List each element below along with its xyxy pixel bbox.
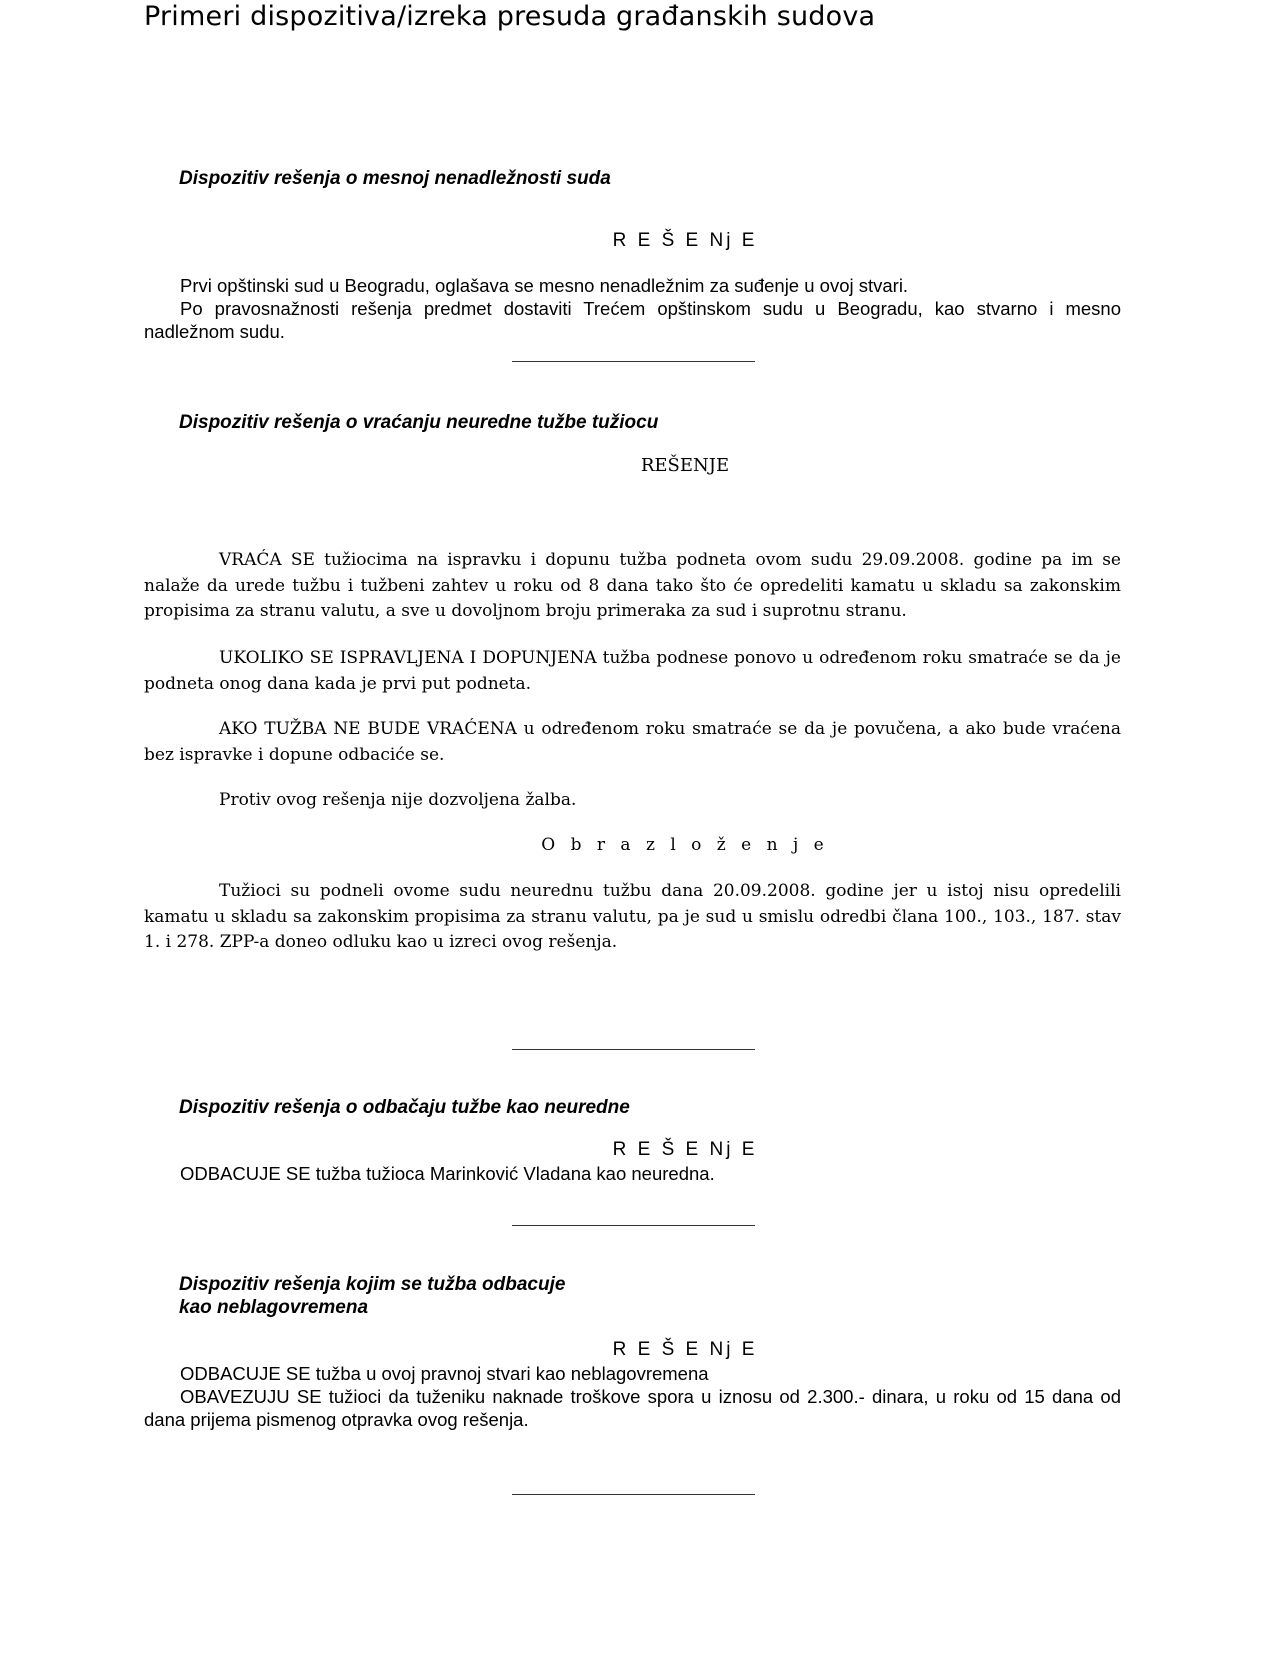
section-divider [512, 1494, 755, 1495]
paragraph: VRAĆA SE tužiocima na ispravku i dopunu … [144, 548, 1121, 625]
section-divider [512, 1225, 755, 1226]
section-body: AKO TUŽBA NE BUDE VRAĆENA u određenom ro… [144, 717, 1121, 768]
paragraph: Protiv ovog rešenja nije dozvoljena žalb… [144, 788, 1121, 814]
section-heading: Dispozitiv rešenja o odbačaju tužbe kao … [179, 1096, 630, 1119]
paragraph: OBAVEZUJU SE tužioci da tuženiku naknade… [144, 1385, 1121, 1431]
paragraph: ODBACUJE SE tužba tužioca Marinković Vla… [144, 1162, 1121, 1185]
section-divider [512, 361, 755, 362]
section-heading: Dispozitiv rešenja o mesnoj nenadležnost… [179, 167, 611, 190]
heading-line: Dispozitiv rešenja kojim se tužba odbacu… [179, 1273, 565, 1296]
decision-label: REŠENJE [0, 455, 1280, 477]
section-divider [512, 1049, 755, 1050]
section-body: Prvi opštinski sud u Beogradu, oglašava … [144, 274, 1121, 343]
heading-line: kao neblagovremena [179, 1296, 565, 1319]
reasoning-label: O b r a z l o ž e n j e [0, 834, 1280, 856]
section-heading: Dispozitiv rešenja kojim se tužba odbacu… [179, 1273, 565, 1319]
section-body: VRAĆA SE tužiocima na ispravku i dopunu … [144, 548, 1121, 625]
section-body: ODBACUJE SE tužba u ovoj pravnoj stvari … [144, 1362, 1121, 1431]
section-body: UKOLIKO SE ISPRAVLJENA I DOPUNJENA tužba… [144, 646, 1121, 697]
paragraph: Prvi opštinski sud u Beogradu, oglašava … [144, 274, 1121, 297]
paragraph: UKOLIKO SE ISPRAVLJENA I DOPUNJENA tužba… [144, 646, 1121, 697]
decision-label: R E Š E Nj E [0, 230, 1280, 252]
section-body: ODBACUJE SE tužba tužioca Marinković Vla… [144, 1162, 1121, 1185]
paragraph: AKO TUŽBA NE BUDE VRAĆENA u određenom ro… [144, 717, 1121, 768]
decision-label: R E Š E Nj E [0, 1339, 1280, 1361]
section-body: Protiv ovog rešenja nije dozvoljena žalb… [144, 788, 1121, 814]
decision-label: R E Š E Nj E [0, 1139, 1280, 1161]
section-heading: Dispozitiv rešenja o vraćanju neuredne t… [179, 411, 658, 434]
paragraph: ODBACUJE SE tužba u ovoj pravnoj stvari … [144, 1362, 1121, 1385]
paragraph: Po pravosnažnosti rešenja predmet dostav… [144, 297, 1121, 343]
document-title: Primeri dispozitiva/izreka presuda građa… [144, 0, 875, 34]
reasoning-body: Tužioci su podneli ovome sudu neurednu t… [144, 879, 1121, 956]
paragraph: Tužioci su podneli ovome sudu neurednu t… [144, 879, 1121, 956]
